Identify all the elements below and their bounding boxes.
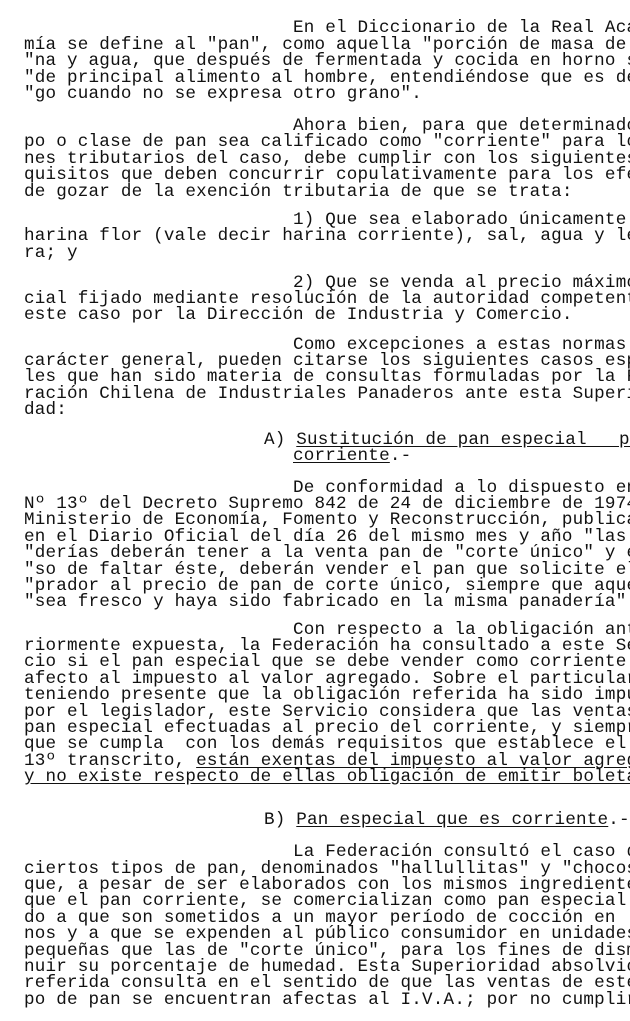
text-line: po de pan se encuentran afectas al I.V.A… (24, 992, 630, 1008)
text-line: ración Chilena de Industriales Panaderos… (24, 386, 630, 402)
text-line: este caso por la Dirección de Industria … (24, 307, 573, 323)
text-line: "na y agua, que después de fermentada y … (24, 53, 630, 69)
text-line: cio si el pan especial que se debe vende… (24, 654, 630, 670)
text-line: "go cuando no se expresa otro grano". (24, 86, 422, 102)
text-line: de gozar de la exención tributaria de qu… (24, 184, 573, 200)
section-heading-b: B) Pan especial que es corriente.- (264, 812, 630, 828)
text-line: referida consulta en el sentido de que l… (24, 975, 630, 991)
text-line: nos y a que se expenden al público consu… (24, 926, 630, 942)
text-line: Ministerio de Economía, Fomento y Recons… (24, 512, 630, 528)
text-line: teniendo presente que la obligación refe… (24, 687, 630, 703)
text-line: harina flor (vale decir harina corriente… (24, 228, 630, 244)
section-heading-a-cont: corriente.- (293, 448, 411, 464)
text-line: les que han sido materia de consultas fo… (24, 369, 630, 385)
document-page: En el Diccionario de la Real Acade- mía … (0, 0, 630, 1021)
text-line: po o clase de pan sea calificado como "c… (24, 134, 630, 150)
text-line: "sea fresco y haya sido fabricado en la … (24, 594, 630, 610)
text-line: que se cumpla con los demás requisitos q… (24, 736, 630, 752)
text-line: "derías deberán tener a la venta pan de … (24, 545, 630, 561)
text-line: que el pan corriente, se comercializan c… (24, 893, 630, 909)
text-line: La Federación consultó el caso de (24, 844, 630, 860)
text-line: ra; y (24, 245, 78, 261)
text-line: dad: (24, 402, 67, 418)
text-line: quisitos que deben concurrir copulativam… (24, 167, 630, 183)
text-line: En el Diccionario de la Real Acade- (24, 20, 630, 36)
underlined-conclusion-cont: y no existe respecto de ellas obligación… (24, 767, 630, 787)
text-line: y no existe respecto de ellas obligación… (24, 769, 630, 785)
